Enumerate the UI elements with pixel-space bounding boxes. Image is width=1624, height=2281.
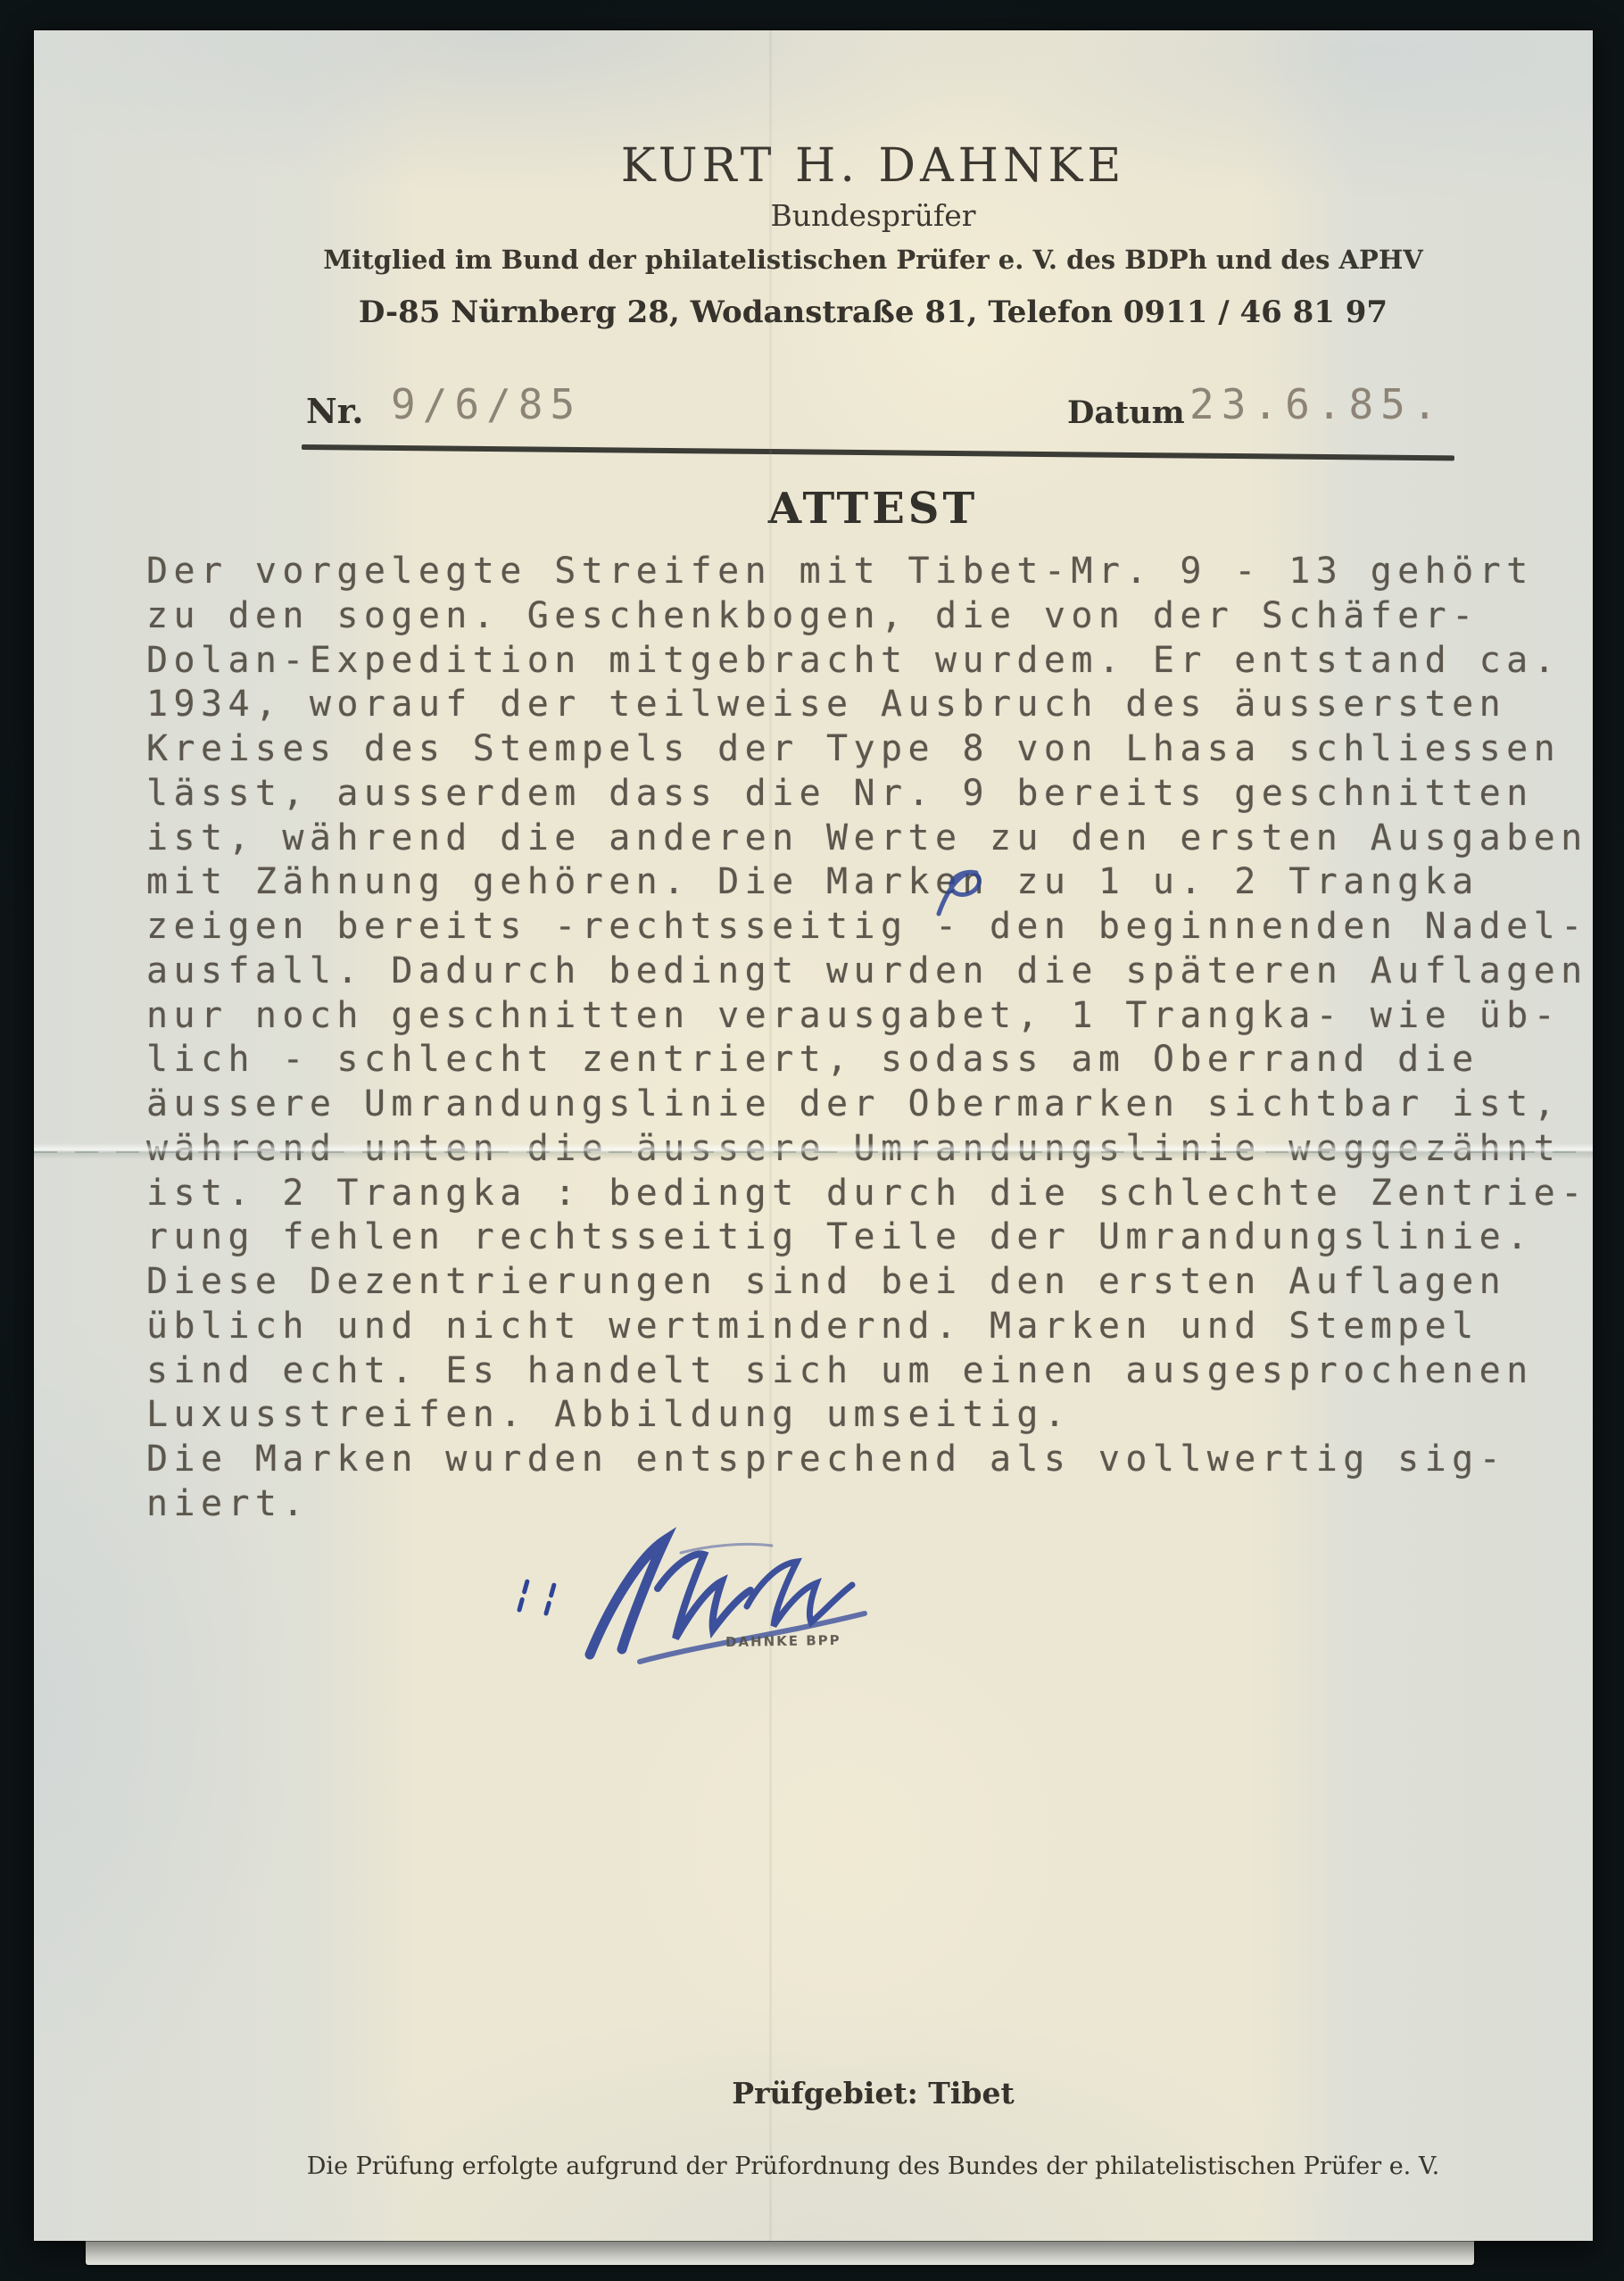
letterhead-title: Bundesprüfer	[770, 198, 975, 233]
body-line: Kreises des Stempels der Type 8 von Lhas…	[146, 727, 1574, 772]
scanned-certificate-photo: { "colors":{ "bg":"#0d1416", "paper":"#e…	[0, 0, 1624, 2281]
body-line: während unten die äussere Umrandungslini…	[146, 1127, 1574, 1172]
body-line: nur noch geschnitten verausgabet, 1 Tran…	[146, 994, 1574, 1039]
body-line: Luxusstreifen. Abbildung umseitig.	[146, 1393, 1574, 1438]
date-label: Datum	[1067, 394, 1185, 431]
body-line: 1934, worauf der teilweise Ausbruch des …	[146, 683, 1574, 727]
body-line: ist, während die anderen Werte zu den er…	[146, 817, 1574, 861]
body-line: mit Zähnung gehören. Die Marken zu 1 u. …	[146, 860, 1574, 905]
body-line: Der vorgelegte Streifen mit Tibet-Mr. 9 …	[146, 550, 1574, 594]
body-line: lässt, ausserdem dass die Nr. 9 bereits …	[146, 772, 1574, 817]
letterhead-name: KURT H. DAHNKE	[621, 139, 1126, 193]
expert-signature	[547, 1514, 904, 1701]
header-divider-rule	[302, 444, 1454, 460]
blue-pen-correction-mark	[926, 858, 996, 928]
examination-area-line: Prüfgebiet: Tibet	[732, 2076, 1014, 2111]
letterhead-membership-line: Mitglied im Bund der philatelistischen P…	[323, 245, 1423, 275]
attest-heading: ATTEST	[768, 484, 978, 534]
body-line: sind echt. Es handelt sich um einen ausg…	[146, 1349, 1574, 1394]
signature-stamp-text: DAHNKE BPP	[725, 1632, 841, 1650]
body-line: Diese Dezentrierungen sind bei den erste…	[146, 1260, 1574, 1305]
body-line: rung fehlen rechtsseitig Teile der Umran…	[146, 1215, 1574, 1260]
certificate-page: KURT H. DAHNKE Bundesprüfer Mitglied im …	[34, 30, 1593, 2241]
letterhead-address-line: D-85 Nürnberg 28, Wodanstraße 81, Telefo…	[359, 294, 1388, 330]
date-value: 23.6.85.	[1189, 380, 1445, 428]
body-line: ausfall. Dadurch bedingt wurden die spät…	[146, 950, 1574, 994]
body-line: zu den sogen. Geschenkbogen, die von der…	[146, 594, 1574, 639]
body-line: Die Marken wurden entsprechend als vollw…	[146, 1438, 1574, 1482]
certificate-body-text: Der vorgelegte Streifen mit Tibet-Mr. 9 …	[146, 550, 1574, 1527]
body-line: zeigen bereits -rechtsseitig - den begin…	[146, 905, 1574, 950]
body-line: üblich und nicht wertmindernd. Marken un…	[146, 1305, 1574, 1349]
body-line: ist. 2 Trangka : bedingt durch die schle…	[146, 1172, 1574, 1216]
footer-legal-line: Die Prüfung erfolgte aufgrund der Prüfor…	[307, 2152, 1439, 2180]
certificate-number-label: Nr.	[306, 391, 364, 431]
body-line: lich - schlecht zentriert, sodass am Obe…	[146, 1038, 1574, 1082]
body-line: Dolan-Expedition mitgebracht wurdem. Er …	[146, 639, 1574, 684]
body-line: äussere Umrandungslinie der Obermarken s…	[146, 1082, 1574, 1127]
certificate-number-value: 9/6/85	[391, 380, 582, 428]
